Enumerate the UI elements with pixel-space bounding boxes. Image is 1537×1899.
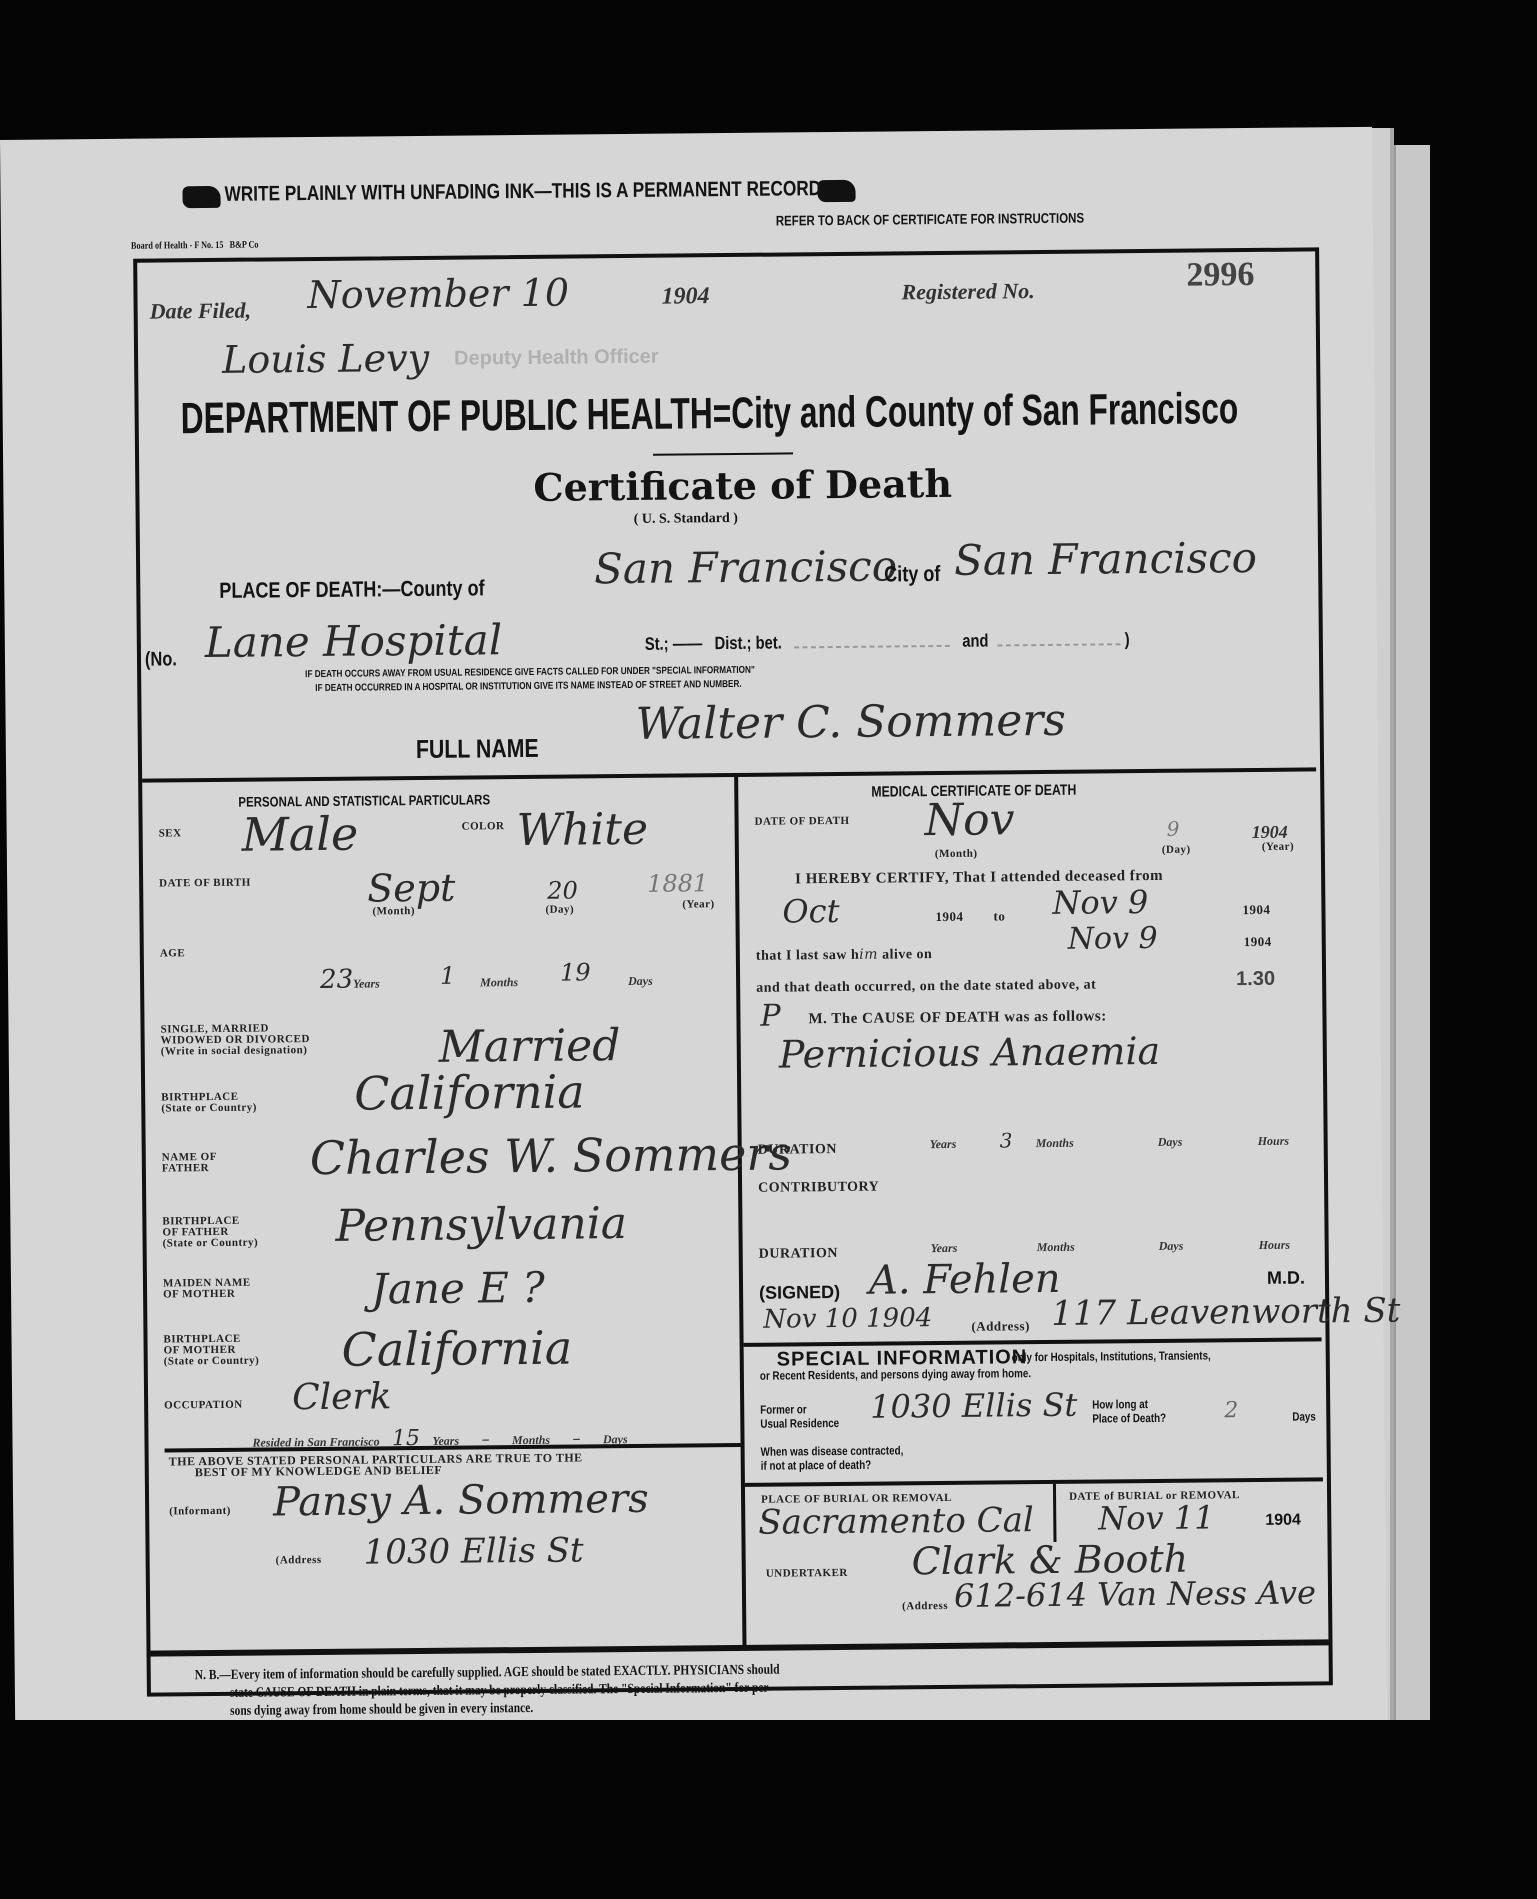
physician-signature: A. Fehlen xyxy=(869,1256,1061,1304)
date-filed-label: Date Filed, xyxy=(150,298,252,325)
father-birthplace-value: Pennsylvania xyxy=(335,1198,627,1252)
dob-year: 1881 xyxy=(647,869,708,898)
physician-address-label: (Address) xyxy=(971,1320,1030,1332)
special-info-note2: or Recent Residents, and persons dying a… xyxy=(760,1366,1031,1383)
time-of-death: 1.30 xyxy=(1236,968,1275,991)
institution-name: Lane Hospital xyxy=(205,615,503,667)
months-caption: Months xyxy=(480,975,518,990)
instructions-note: REFER TO BACK OF CERTIFICATE FOR INSTRUC… xyxy=(776,210,1084,229)
last-saw-text: that I last saw him alive on xyxy=(756,949,933,962)
burial-year: 1904 xyxy=(1265,1512,1301,1530)
duration-years-caption: Years xyxy=(931,1241,958,1256)
how-long-unit: Days xyxy=(1292,1409,1316,1423)
attended-to: Nov 9 xyxy=(1052,883,1148,922)
informant-name: Pansy A. Sommers xyxy=(273,1476,649,1526)
registered-no-label: Registered No. xyxy=(901,278,1034,305)
mother-birthplace-label: BIRTHPLACEOF MOTHER(State or Country) xyxy=(163,1334,259,1368)
sex-label: SEX xyxy=(159,828,182,839)
dod-month: Nov xyxy=(924,794,1014,846)
health-officer-signature: Louis Levy xyxy=(222,336,429,382)
duration-days-caption: Days xyxy=(1159,1239,1184,1254)
birthplace-value: California xyxy=(354,1064,585,1120)
age-months: 1 xyxy=(440,962,456,990)
attended-from-year: 1904 xyxy=(935,911,963,922)
birthplace-label: BIRTHPLACE(State or Country) xyxy=(161,1092,257,1115)
signed-date: Nov 10 1904 xyxy=(763,1303,932,1335)
year-caption: (Year) xyxy=(682,899,714,910)
city-label: City of xyxy=(884,561,940,588)
banner-text: WRITE PLAINLY WITH UNFADING INK—THIS IS … xyxy=(225,177,822,207)
duration-months-caption: Months xyxy=(1036,1136,1074,1151)
duration-months-caption: Months xyxy=(1037,1240,1075,1255)
occupation-label: OCCUPATION xyxy=(164,1400,243,1412)
marital-label: SINGLE, MARRIEDWIDOWED OR DIVORCED(Write… xyxy=(160,1023,310,1057)
duration-hours-caption: Hours xyxy=(1258,1134,1290,1149)
father-name-value: Charles W. Sommers xyxy=(310,1126,793,1185)
dod-label: DATE OF DEATH xyxy=(755,816,850,828)
death-certificate-page: WRITE PLAINLY WITH UNFADING INK—THIS IS … xyxy=(0,127,1387,1760)
us-standard-subtitle: ( U. S. Standard ) xyxy=(634,511,738,528)
day-caption: (Day) xyxy=(1162,845,1191,856)
undertaker-address: 612-614 Van Ness Ave xyxy=(954,1573,1316,1614)
md-label: M.D. xyxy=(1267,1268,1305,1289)
dob-day: 20 xyxy=(547,876,578,904)
last-saw-year: 1904 xyxy=(1244,936,1272,947)
full-name-value: Walter C. Sommers xyxy=(635,695,1066,750)
date-filed-value: November 10 xyxy=(307,271,569,318)
printer-line: Board of Health - F No. 15 B&P Co xyxy=(131,240,259,252)
how-long-value: 2 xyxy=(1224,1398,1238,1423)
mother-birthplace-value: California xyxy=(341,1321,572,1377)
duration-years-caption: Years xyxy=(930,1137,957,1152)
informant-address: 1030 Ellis St xyxy=(363,1530,583,1572)
residence-label: Former orUsual Residence xyxy=(760,1402,839,1431)
sex-value: Male xyxy=(241,807,358,862)
duration-label: DURATION xyxy=(758,1144,837,1156)
age-years: 23 xyxy=(320,965,353,995)
years-caption: Years xyxy=(353,976,380,991)
physician-address: 117 Leavenworth St xyxy=(1051,1291,1400,1334)
month-caption: (Month) xyxy=(935,849,978,860)
age-label: AGE xyxy=(160,948,185,959)
undertaker-label: UNDERTAKER xyxy=(766,1568,848,1580)
occupation-value: Clerk xyxy=(292,1376,392,1418)
health-officer-title: Deputy Health Officer xyxy=(454,346,659,371)
days-caption: Days xyxy=(628,974,653,989)
informant-label: (Informant) xyxy=(169,1506,231,1518)
footnote-line3: sons dying away from home should be give… xyxy=(230,1701,533,1720)
county-value: San Francisco xyxy=(594,541,897,593)
department-title: DEPARTMENT OF PUBLIC HEALTH=City and Cou… xyxy=(180,384,1238,444)
informant-statement: THE ABOVE STATED PERSONAL PARTICULARS AR… xyxy=(169,1452,583,1478)
city-value: San Francisco xyxy=(954,533,1257,585)
dob-month: Sept xyxy=(367,866,456,911)
duration-months: 3 xyxy=(1000,1128,1013,1152)
signed-label: (SIGNED) xyxy=(759,1282,840,1304)
mother-name-value: Jane E ? xyxy=(371,1263,545,1314)
cause-of-death: Pernicious Anaemia xyxy=(779,1029,1161,1077)
burial-column-divider xyxy=(1053,1484,1057,1542)
contributory-label: CONTRIBUTORY xyxy=(758,1182,879,1194)
attended-to-year: 1904 xyxy=(1242,904,1270,915)
cause-label: M. The CAUSE OF DEATH was as follows: xyxy=(808,1011,1106,1025)
age-days: 19 xyxy=(560,958,591,986)
dod-day: 9 xyxy=(1167,817,1180,841)
father-name-label: NAME OFFATHER xyxy=(162,1152,217,1175)
contracted-label: When was disease contracted,if not at pl… xyxy=(761,1443,904,1472)
burial-place: Sacramento Cal xyxy=(758,1500,1034,1543)
attended-from: Oct xyxy=(782,892,839,931)
duration2-label: DURATION xyxy=(759,1248,838,1260)
street-no-label: (No. xyxy=(145,648,177,671)
undertaker-address-label: (Address xyxy=(902,1601,948,1612)
burial-date: Nov 11 xyxy=(1098,1498,1215,1537)
special-info-note: only for Hospitals, Institutions, Transi… xyxy=(1012,1348,1211,1364)
date-filed-year: 1904 xyxy=(661,283,709,310)
year-caption: (Year) xyxy=(1262,842,1294,853)
last-saw-date: Nov 9 xyxy=(1068,921,1158,957)
usual-residence: 1030 Ellis St xyxy=(870,1386,1077,1426)
color-label: COLOR xyxy=(462,821,505,832)
duration-hours-caption: Hours xyxy=(1259,1238,1291,1253)
duration-days-caption: Days xyxy=(1158,1135,1183,1150)
background-shadow xyxy=(0,1720,1537,1899)
father-birthplace-label: BIRTHPLACEOF FATHER(State or Country) xyxy=(162,1216,258,1250)
informant-address-label: (Address xyxy=(276,1555,322,1566)
occurred-text: and that death occurred, on the date sta… xyxy=(756,980,1096,994)
pointing-hand-icon xyxy=(182,186,220,208)
place-of-death-label: PLACE OF DEATH:—County of xyxy=(219,575,484,604)
mother-name-label: MAIDEN NAMEOF MOTHER xyxy=(163,1278,251,1301)
day-caption: (Day) xyxy=(545,905,574,916)
registered-number: 2996 xyxy=(1186,256,1254,295)
dob-label: DATE OF BIRTH xyxy=(159,878,251,890)
to-label: to xyxy=(993,910,1005,921)
adjacent-page-edge xyxy=(1394,145,1430,1730)
how-long-label: How long atPlace of Death? xyxy=(1092,1397,1166,1426)
certificate-title: Certificate of Death xyxy=(533,461,952,510)
pointing-hand-icon xyxy=(817,180,855,202)
meridiem: P xyxy=(760,999,781,1034)
full-name-label: FULL NAME xyxy=(416,733,539,765)
header-banner: WRITE PLAINLY WITH UNFADING INK—THIS IS … xyxy=(182,177,855,208)
month-caption: (Month) xyxy=(372,906,415,917)
color-value: White xyxy=(516,804,648,856)
